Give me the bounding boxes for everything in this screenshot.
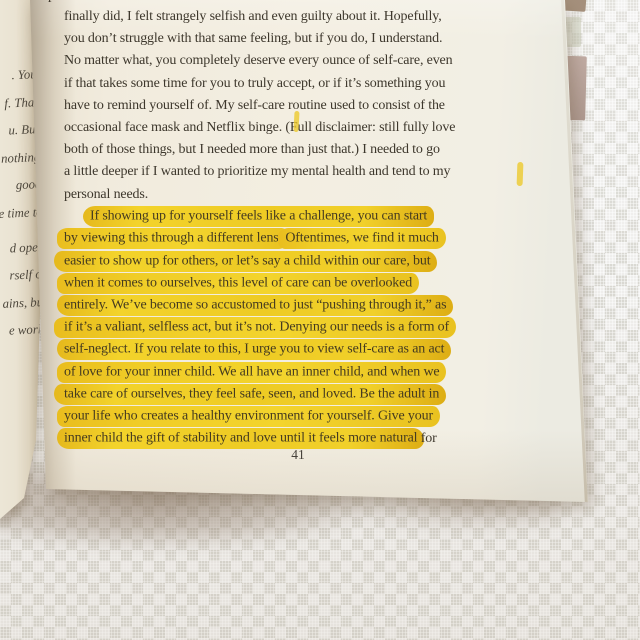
page-number: 41: [64, 447, 532, 463]
highlighted-text: inner child the gift of stability and lo…: [57, 428, 424, 449]
highlighted-text: take care of ourselves, they feel safe, …: [54, 384, 446, 405]
body-text: finally did, I felt strangely selfish an…: [64, 9, 442, 24]
text-line: self-neglect. If you relate to this, I u…: [64, 339, 532, 361]
text-line: your life who creates a healthy environm…: [64, 405, 532, 427]
highlighted-text: easier to show up for others, or let’s s…: [54, 251, 437, 272]
highlighted-text: if it’s a valiant, selfless act, but it’…: [54, 317, 456, 338]
right-book-page: p finally did, I felt strangely selfish …: [0, 0, 640, 640]
highlighted-text: your life who creates a healthy environm…: [57, 406, 440, 427]
text-line: of love for your inner child. We all hav…: [64, 361, 532, 383]
text-line: both of those things, but I needed more …: [64, 139, 532, 161]
body-text: a little deeper if I wanted to prioritiz…: [64, 164, 450, 179]
highlighted-text: self-neglect. If you relate to this, I u…: [57, 339, 451, 360]
text-line: when it comes to ourselves, this level o…: [64, 272, 532, 294]
highlighted-text: of love for your inner child. We all hav…: [57, 362, 446, 383]
text-line: finally did, I felt strangely selfish an…: [64, 6, 532, 28]
body-text: No matter what, you completely deserve e…: [64, 53, 452, 68]
text-line: by viewing this through a different lens…: [64, 228, 532, 250]
body-text: have to remind yourself of. My self-care…: [64, 98, 445, 113]
text-line: you don’t struggle with that same feelin…: [64, 28, 532, 50]
highlighted-text: when it comes to ourselves, this level o…: [57, 273, 419, 294]
body-text: both of those things, but I needed more …: [64, 142, 440, 157]
stray-highlighter-mark: [517, 162, 524, 186]
highlighted-text: If showing up for yourself feels like a …: [83, 206, 434, 227]
body-text: you don’t struggle with that same feelin…: [64, 31, 442, 46]
text-line: if it’s a valiant, selfless act, but it’…: [64, 317, 532, 339]
highlighted-text: by viewing this through a different lens…: [57, 228, 289, 249]
body-text: if that takes some time for you to truly…: [64, 76, 445, 91]
highlighted-text: Oftentimes, we find it much: [278, 228, 445, 249]
text-line: If showing up for yourself feels like a …: [64, 206, 532, 228]
photo-scene: . Youf. Thatu. Butnothinggoode time tod …: [0, 0, 640, 640]
text-line: personal needs.: [64, 184, 532, 206]
text-line: a little deeper if I wanted to prioritiz…: [64, 161, 532, 183]
body-text: occasional face mask and Netflix binge. …: [64, 120, 455, 135]
right-page-wrapper: p finally did, I felt strangely selfish …: [0, 0, 640, 640]
text-line: take care of ourselves, they feel safe, …: [64, 383, 532, 405]
text-line: if that takes some time for you to truly…: [64, 73, 532, 95]
body-text: personal needs.: [64, 187, 148, 202]
cut-off-line-sliver: p: [48, 0, 55, 4]
body-text: for: [417, 431, 436, 446]
page-text-block: finally did, I felt strangely selfish an…: [64, 6, 532, 450]
text-line: easier to show up for others, or let’s s…: [64, 250, 532, 272]
page-fore-edge: [561, 0, 588, 507]
text-line: entirely. We’ve become so accustomed to …: [64, 294, 532, 316]
text-line: No matter what, you completely deserve e…: [64, 50, 532, 72]
highlighted-text: entirely. We’ve become so accustomed to …: [57, 295, 453, 316]
